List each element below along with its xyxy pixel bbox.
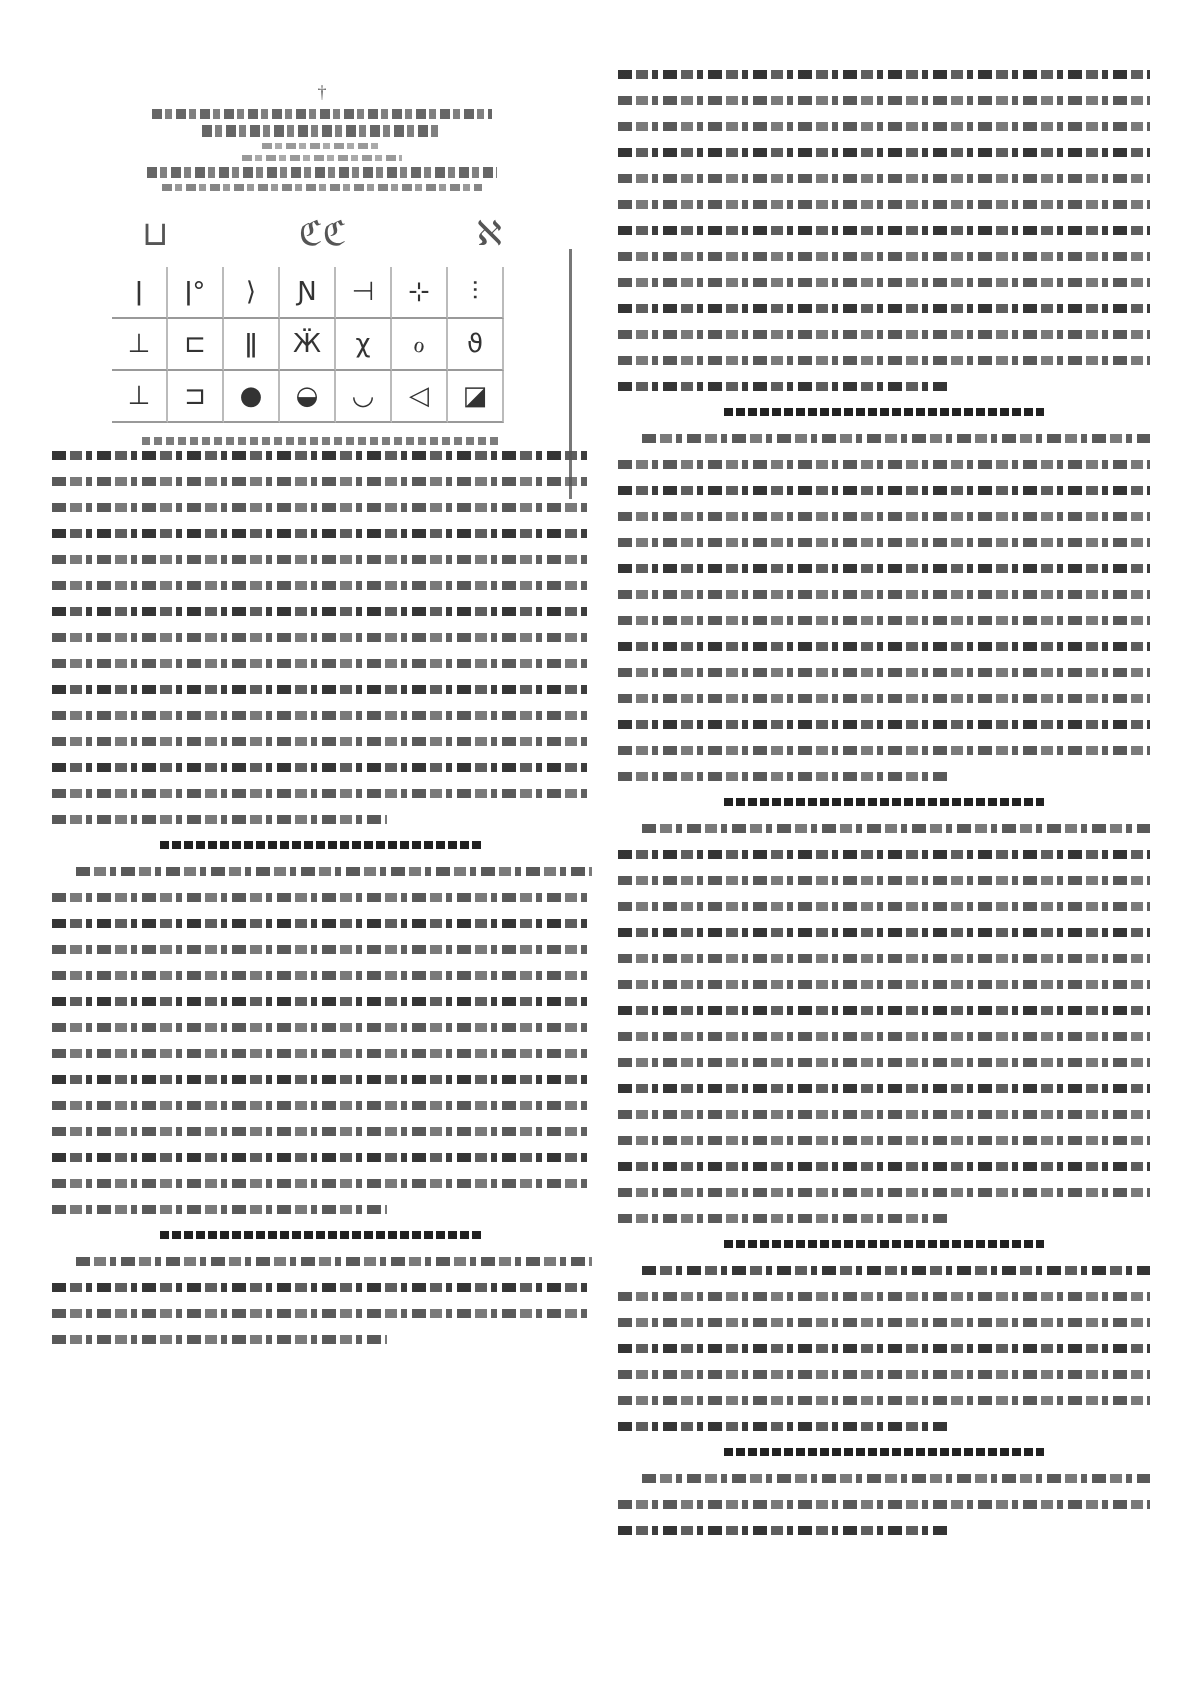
text-line (618, 746, 1150, 755)
grid-cell: ◪ (448, 371, 504, 423)
text-line (618, 1136, 1150, 1145)
right-body-text (618, 70, 1150, 1535)
right-column (618, 70, 1150, 1552)
figure-symbol: ⊔ (142, 214, 169, 254)
grid-cell: Ӝ (280, 319, 336, 371)
text-line (618, 304, 1150, 313)
text-line (52, 763, 592, 772)
text-line (618, 1084, 1150, 1093)
paper-page: † [illegible title line] [illegible auth… (0, 0, 1200, 1703)
grid-cell: ⊐ (168, 371, 224, 423)
text-line (618, 564, 1150, 573)
text-line (52, 1205, 387, 1214)
grid-cell: ◡ (336, 371, 392, 423)
section-heading (160, 841, 484, 849)
text-line (618, 226, 1150, 235)
text-line (52, 1153, 592, 1162)
grid-cell: ⊣ (336, 267, 392, 319)
text-line (618, 1344, 1150, 1353)
text-line (618, 512, 1150, 521)
text-line (618, 668, 1150, 677)
text-line (52, 581, 592, 590)
affiliation-line-2 (242, 155, 402, 161)
text-line (52, 919, 592, 928)
grid-cell: ⊥ (112, 319, 168, 371)
text-line (618, 850, 1150, 859)
text-line (52, 1075, 592, 1084)
left-column: † [illegible title line] [illegible auth… (52, 70, 592, 1361)
text-line (618, 1292, 1150, 1301)
text-line (618, 252, 1150, 261)
section-heading (724, 798, 1043, 806)
text-line (618, 382, 948, 391)
grid-cell: ǀ (112, 267, 168, 319)
text-line (618, 538, 1150, 547)
text-line (618, 1162, 1150, 1171)
grid-cell: ◁ (392, 371, 448, 423)
text-line (52, 1049, 592, 1058)
text-line (618, 1214, 948, 1223)
text-line (52, 451, 592, 460)
text-line (618, 902, 1150, 911)
figure-vertical-rule (569, 249, 572, 499)
text-line (642, 1266, 1150, 1275)
authors-line (202, 125, 442, 137)
text-line (618, 616, 1150, 625)
left-body-text (52, 451, 592, 1344)
text-line (52, 685, 592, 694)
grid-cell: Ɲ (280, 267, 336, 319)
address-line (162, 184, 482, 191)
text-line (618, 1110, 1150, 1119)
text-line (618, 928, 1150, 937)
text-line (618, 148, 1150, 157)
text-line (618, 980, 1150, 989)
text-line (618, 1500, 1150, 1509)
paper-header: † [illegible title line] [illegible auth… (102, 82, 542, 191)
text-line (52, 633, 592, 642)
text-line (52, 1179, 592, 1188)
text-line (52, 607, 592, 616)
text-line (52, 893, 592, 902)
text-line (52, 971, 592, 980)
title-line (152, 109, 492, 119)
text-line (618, 590, 1150, 599)
text-line (76, 867, 592, 876)
section-heading (724, 408, 1043, 416)
text-line (618, 1370, 1150, 1379)
text-line (642, 434, 1150, 443)
text-line (618, 772, 948, 781)
text-line (52, 997, 592, 1006)
text-line (618, 70, 1150, 79)
text-line (618, 954, 1150, 963)
text-line (52, 555, 592, 564)
text-line (52, 945, 592, 954)
text-line (52, 711, 592, 720)
text-line (52, 503, 592, 512)
text-line (618, 1318, 1150, 1327)
grid-cell: ⊏ (168, 319, 224, 371)
grid-cell: ⊥ (112, 371, 168, 423)
text-line (618, 96, 1150, 105)
grid-cell: ǀ° (168, 267, 224, 319)
text-line (52, 737, 592, 746)
text-line (52, 789, 592, 798)
text-line (618, 200, 1150, 209)
text-line (52, 815, 387, 824)
text-line (52, 1335, 387, 1344)
text-line (618, 278, 1150, 287)
grid-cell: ⫶ (448, 267, 504, 319)
text-line (618, 694, 1150, 703)
grid-cell: χ (336, 319, 392, 371)
figure-symbol: ℵ (477, 214, 502, 254)
text-line (618, 460, 1150, 469)
section-heading (724, 1240, 1043, 1248)
text-line (52, 1283, 592, 1292)
grid-cell: ǁ (224, 319, 280, 371)
text-line (618, 122, 1150, 131)
text-line (642, 1474, 1150, 1483)
symbol-figure: ⊔ ℭℭ ℵ ǀ ǀ° ⟩ Ɲ ⊣ ⊹ ⫶ ⊥ ⊏ ǁ Ӝ χ ℴ ϑ ⊥ ⊐ (112, 209, 532, 445)
text-line (618, 720, 1150, 729)
text-line (52, 1127, 592, 1136)
text-line (52, 529, 592, 538)
text-line (52, 477, 592, 486)
text-line (642, 824, 1150, 833)
figure-caption: [illegible figure caption] (142, 437, 502, 445)
figure-symbol: ℭℭ (299, 214, 347, 254)
grid-cell: ℴ (392, 319, 448, 371)
text-line (52, 1023, 592, 1032)
grid-cell: ● (224, 371, 280, 423)
text-line (618, 1006, 1150, 1015)
figure-symbol-grid: ǀ ǀ° ⟩ Ɲ ⊣ ⊹ ⫶ ⊥ ⊏ ǁ Ӝ χ ℴ ϑ ⊥ ⊐ ● ◒ ◡ ◁ (112, 267, 532, 423)
text-line (76, 1257, 592, 1266)
text-line (618, 1032, 1150, 1041)
grid-cell: ⟩ (224, 267, 280, 319)
text-line (618, 174, 1150, 183)
text-line (618, 1188, 1150, 1197)
grid-cell: ◒ (280, 371, 336, 423)
emails-line (147, 167, 497, 178)
figure-top-symbols: ⊔ ℭℭ ℵ (112, 209, 532, 259)
section-heading (160, 1231, 484, 1239)
text-line (618, 330, 1150, 339)
grid-cell: ϑ (448, 319, 504, 371)
text-line (618, 1058, 1150, 1067)
text-line (618, 486, 1150, 495)
text-line (52, 1309, 592, 1318)
text-line (52, 1101, 592, 1110)
affiliation-line-1 (262, 143, 382, 149)
text-line (618, 1396, 1150, 1405)
page-marker: † (102, 82, 542, 103)
text-line (618, 356, 1150, 365)
section-heading (724, 1448, 1043, 1456)
text-line (618, 1526, 948, 1535)
text-line (618, 642, 1150, 651)
text-line (618, 876, 1150, 885)
text-line (52, 659, 592, 668)
text-line (618, 1422, 948, 1431)
grid-cell: ⊹ (392, 267, 448, 319)
